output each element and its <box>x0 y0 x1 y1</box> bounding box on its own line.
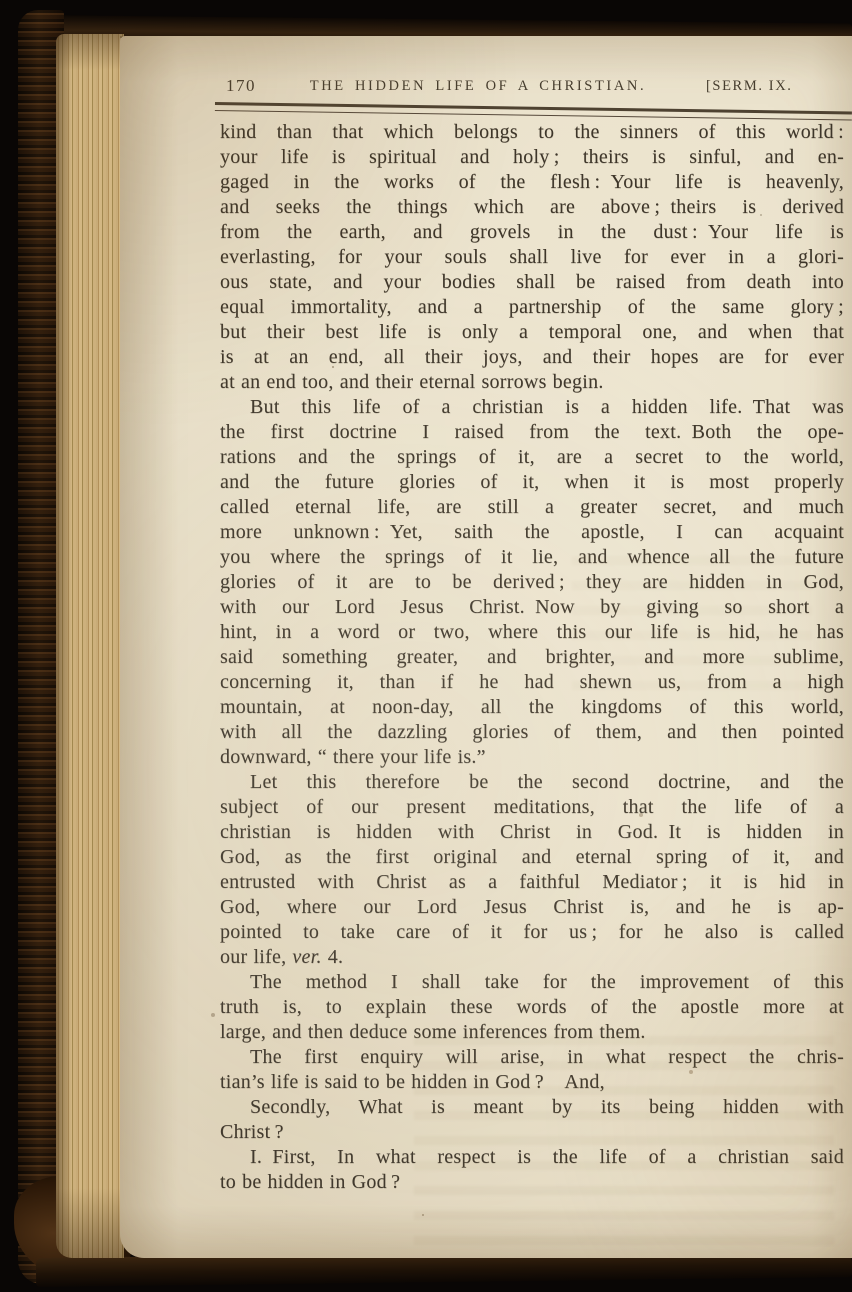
text-line: concerning it, than if he had shewn us, … <box>220 670 844 695</box>
text-line: The method I shall take for the improvem… <box>220 970 844 995</box>
paragraph: The method I shall take for the improvem… <box>220 970 844 1045</box>
text-line: equal immortality, and a partnership of … <box>220 295 844 320</box>
text-line: God, where our Lord Jesus Christ is, and… <box>220 895 844 920</box>
text-line: ous state, and your bodies shall be rais… <box>220 270 844 295</box>
book-page: 170 THE HIDDEN LIFE OF A CHRISTIAN. [SER… <box>120 36 852 1258</box>
photo-background: 170 THE HIDDEN LIFE OF A CHRISTIAN. [SER… <box>0 0 852 1292</box>
text-line: said something greater, and brighter, an… <box>220 645 844 670</box>
page-number: 170 <box>226 76 256 96</box>
text-line: large, and then deduce some inferences f… <box>220 1020 844 1045</box>
text-line: pointed to take care of it for us ; for … <box>220 920 844 945</box>
text-line: but their best life is only a temporal o… <box>220 320 844 345</box>
text-line: from the earth, and grovels in the dust … <box>220 220 844 245</box>
page-header: 170 THE HIDDEN LIFE OF A CHRISTIAN. [SER… <box>120 76 852 98</box>
text-line: christian is hidden with Christ in God. … <box>220 820 844 845</box>
text-line: the first doctrine I raised from the tex… <box>220 420 844 445</box>
text-block: kind than that which belongs to the sinn… <box>220 120 844 1195</box>
running-title: THE HIDDEN LIFE OF A CHRISTIAN. <box>310 78 646 95</box>
text-line: more unknown : Yet, saith the apostle, I… <box>220 520 844 545</box>
section-marker: [SERM. IX. <box>706 78 793 95</box>
paragraph: I. First, In what respect is the life of… <box>220 1145 844 1195</box>
text-line: you where the springs of it lie, and whe… <box>220 545 844 570</box>
text-line: gaged in the works of the flesh : Your l… <box>220 170 844 195</box>
paragraph: Secondly, What is meant by its being hid… <box>220 1095 844 1145</box>
text-line: rations and the springs of it, are a sec… <box>220 445 844 470</box>
text-line: truth is, to explain these words of the … <box>220 995 844 1020</box>
text-line: called eternal life, are still a greater… <box>220 495 844 520</box>
text-line: with all the dazzling glories of them, a… <box>220 720 844 745</box>
text-line: God, as the first original and eternal s… <box>220 845 844 870</box>
text-line: subject of our present meditations, that… <box>220 795 844 820</box>
text-line: to be hidden in God ? <box>220 1170 844 1195</box>
text-line: hint, in a word or two, where this our l… <box>220 620 844 645</box>
text-line: your life is spiritual and holy ; theirs… <box>220 145 844 170</box>
text-line: entrusted with Christ as a faithful Medi… <box>220 870 844 895</box>
text-line: kind than that which belongs to the sinn… <box>220 120 844 145</box>
paragraph: kind than that which belongs to the sinn… <box>220 120 844 395</box>
text-line: with our Lord Jesus Christ. Now by givin… <box>220 595 844 620</box>
text-line: our life, ver. 4. <box>220 945 844 970</box>
text-line: Christ ? <box>220 1120 844 1145</box>
paragraph: But this life of a christian is a hidden… <box>220 395 844 770</box>
text-line: downward, “ there your life is.” <box>220 745 844 770</box>
text-line: I. First, In what respect is the life of… <box>220 1145 844 1170</box>
text-line: But this life of a christian is a hidden… <box>220 395 844 420</box>
paragraph: Let this therefore be the second doctrin… <box>220 770 844 970</box>
header-rule <box>215 102 852 120</box>
text-line: at an end too, and their eternal sorrows… <box>220 370 844 395</box>
text-line: and the future glories of it, when it is… <box>220 470 844 495</box>
text-line: Secondly, What is meant by its being hid… <box>220 1095 844 1120</box>
text-line: Let this therefore be the second doctrin… <box>220 770 844 795</box>
paragraph: The first enquiry will arise, in what re… <box>220 1045 844 1095</box>
text-line: The first enquiry will arise, in what re… <box>220 1045 844 1070</box>
text-line: mountain, at noon-day, all the kingdoms … <box>220 695 844 720</box>
book-page-edges <box>56 34 124 1258</box>
text-line: tian’s life is said to be hidden in God … <box>220 1070 844 1095</box>
text-line: and seeks the things which are above ; t… <box>220 195 844 220</box>
text-line: everlasting, for your souls shall live f… <box>220 245 844 270</box>
text-line: is at an end, all their joys, and their … <box>220 345 844 370</box>
text-line: glories of it are to be derived ; they a… <box>220 570 844 595</box>
